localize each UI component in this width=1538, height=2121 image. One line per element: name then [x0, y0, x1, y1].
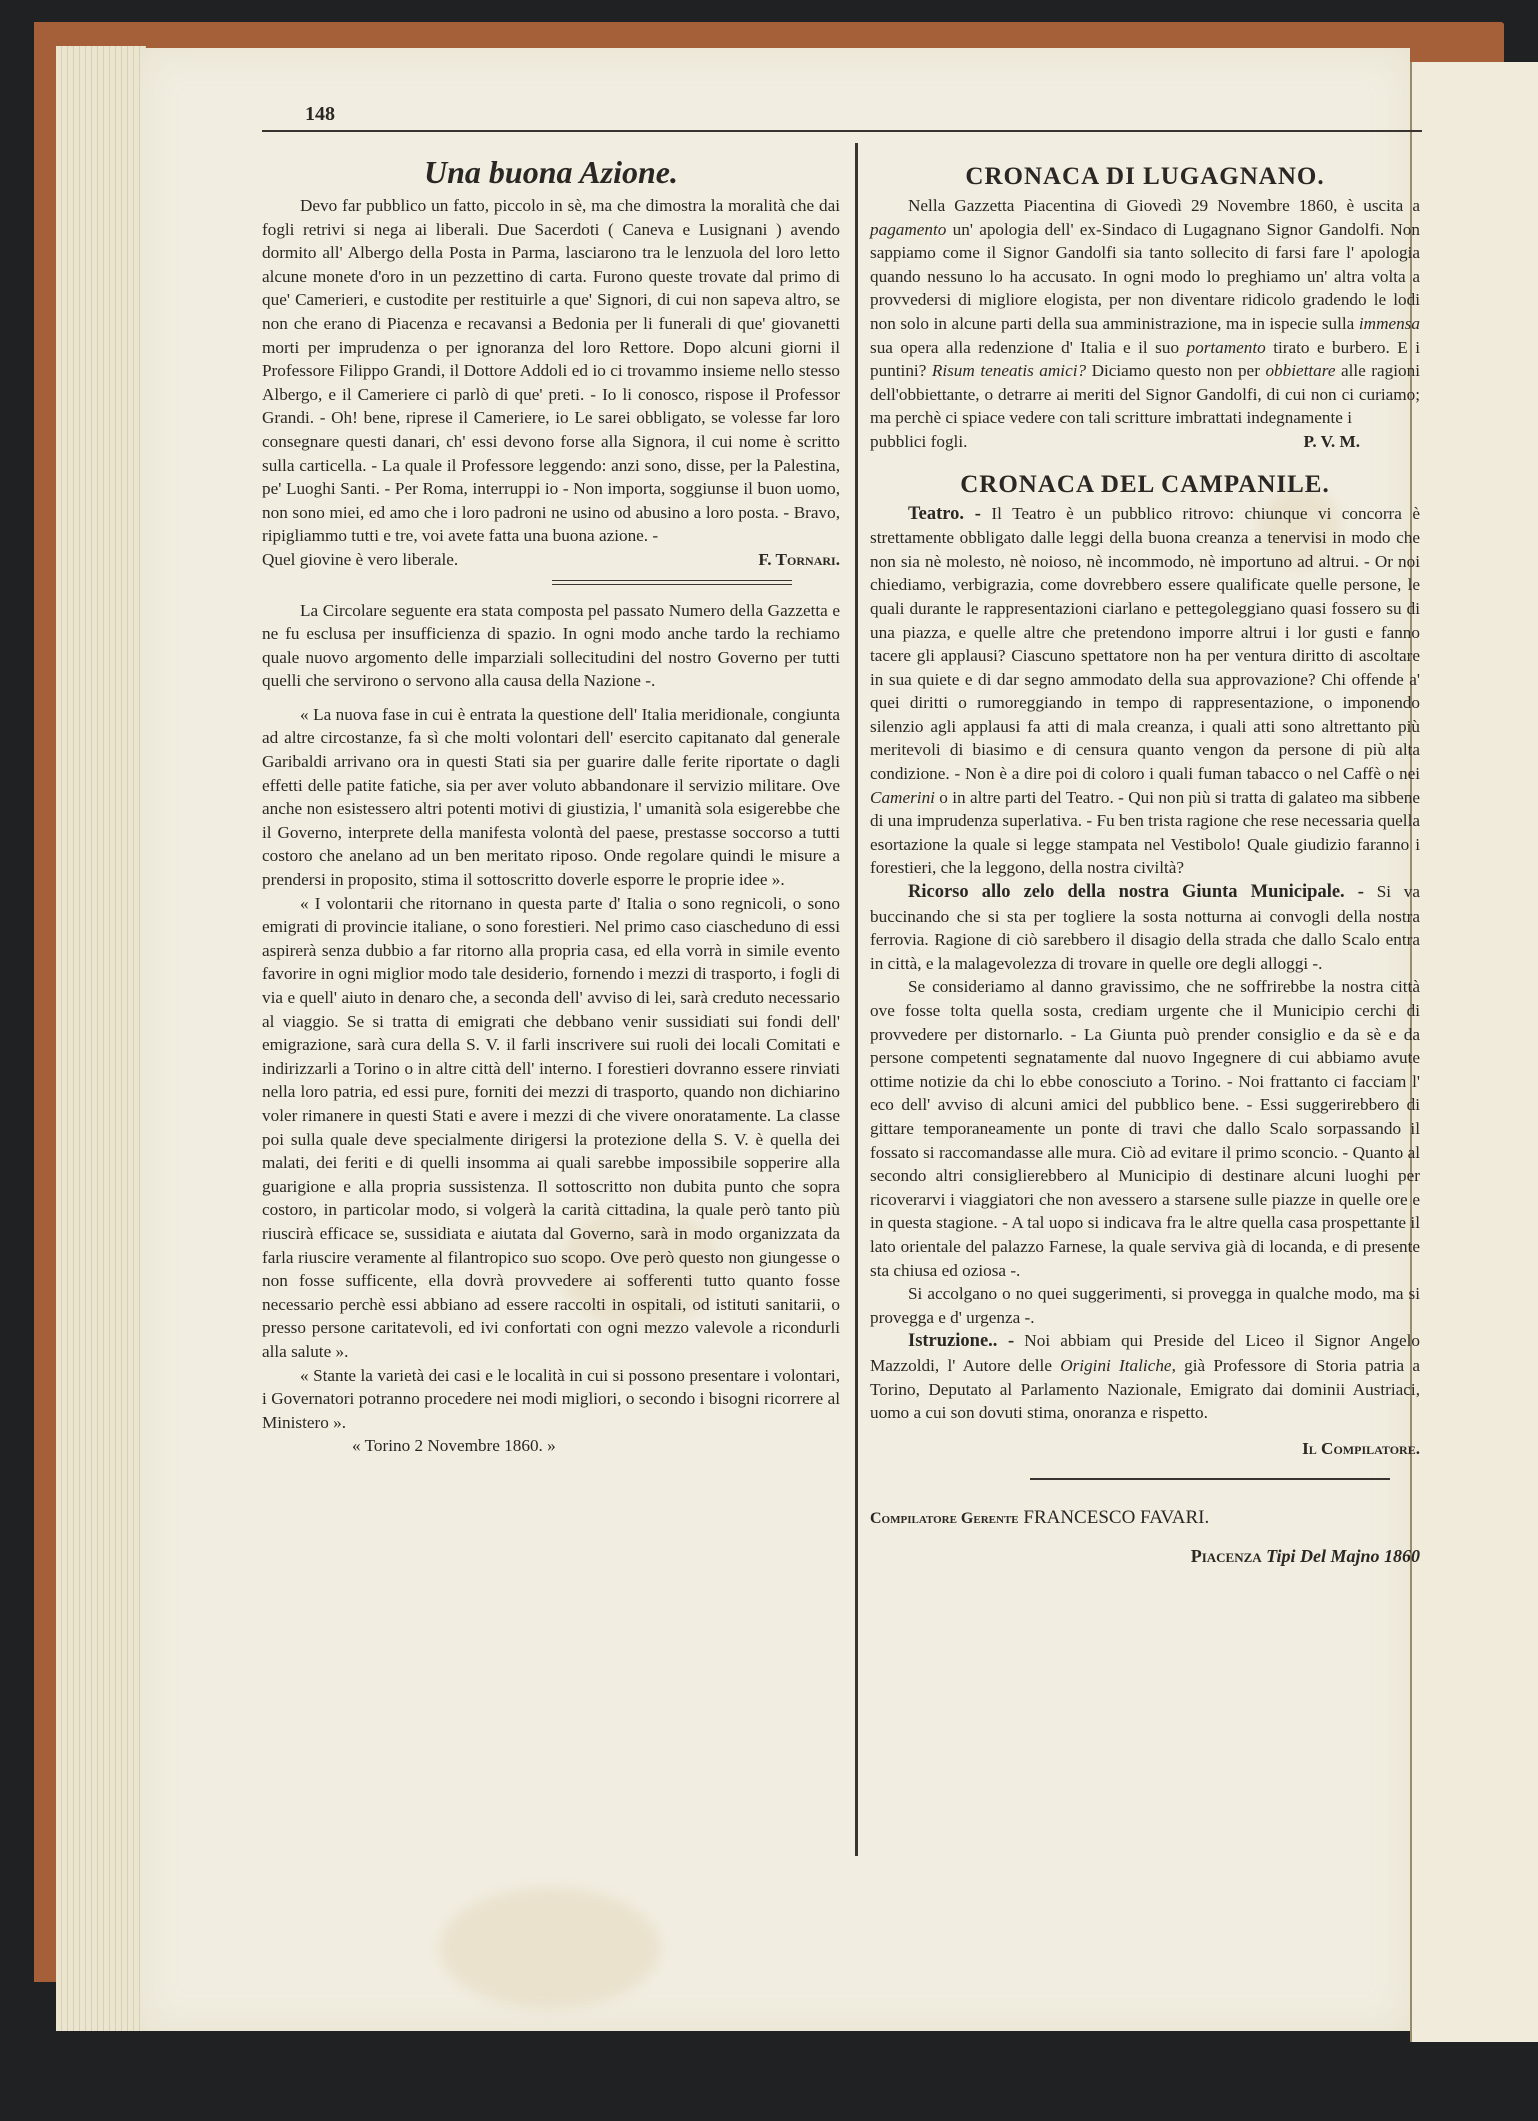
- signature-row: Quel giovine è vero liberale. F. Tornari…: [262, 548, 840, 572]
- article-paragraph: Devo far pubblico un fatto, piccolo in s…: [262, 194, 840, 548]
- right-column: CRONACA DI LUGAGNANO. Nella Gazzetta Pia…: [870, 160, 1420, 1568]
- compiler-signature: Il Compilatore.: [870, 1437, 1420, 1461]
- page-number: 148: [305, 103, 335, 126]
- ricorso-paragraph: Ricorso allo zelo della nostra Giunta Mu…: [870, 880, 1420, 975]
- article-title: CRONACA DEL CAMPANILE.: [870, 468, 1420, 502]
- istruzione-paragraph: Istruzione.. - Noi abbiam qui Preside de…: [870, 1329, 1420, 1424]
- article-paragraph: Nella Gazzetta Piacentina di Giovedì 29 …: [870, 194, 1420, 430]
- column-divider: [855, 143, 858, 1856]
- article-signature: P. V. M.: [1303, 430, 1420, 454]
- closing-line: pubblici fogli.: [870, 430, 967, 454]
- closing-line: Quel giovine è vero liberale.: [262, 548, 458, 572]
- article-signature: F. Tornari.: [758, 548, 840, 572]
- article-paragraph: Se consideriamo al danno gravissimo, che…: [870, 975, 1420, 1282]
- left-column: Una buona Azione. Devo far pubblico un f…: [262, 148, 840, 1458]
- teatro-paragraph: Teatro. - Il Teatro è un pubblico ritrov…: [870, 502, 1420, 881]
- page-content: 148 Una buona Azione. Devo far pubblico …: [0, 0, 1538, 2121]
- footer-rule: [1030, 1478, 1390, 1480]
- article-title: Una buona Azione.: [262, 150, 840, 194]
- signature-row: pubblici fogli. P. V. M.: [870, 430, 1420, 454]
- circular-paragraph: « La nuova fase in cui è entrata la ques…: [262, 703, 840, 892]
- publisher-line: Compilatore Gerente FRANCESCO FAVARI.: [870, 1506, 1420, 1531]
- circular-paragraph: « Stante la varietà dei casi e le locali…: [262, 1364, 840, 1435]
- circular-intro: La Circolare seguente era stata composta…: [262, 599, 840, 693]
- article-title: CRONACA DI LUGAGNANO.: [870, 160, 1420, 194]
- header-rule: [262, 130, 1422, 132]
- printer-imprint: Piacenza Tipi Del Majno 1860: [870, 1545, 1420, 1569]
- article-paragraph: Si accolgano o no quei suggerimenti, si …: [870, 1282, 1420, 1329]
- circular-paragraph: « I volontarii che ritornano in questa p…: [262, 892, 840, 1364]
- dateline: « Torino 2 Novembre 1860. »: [262, 1434, 840, 1458]
- section-rule: [552, 580, 792, 585]
